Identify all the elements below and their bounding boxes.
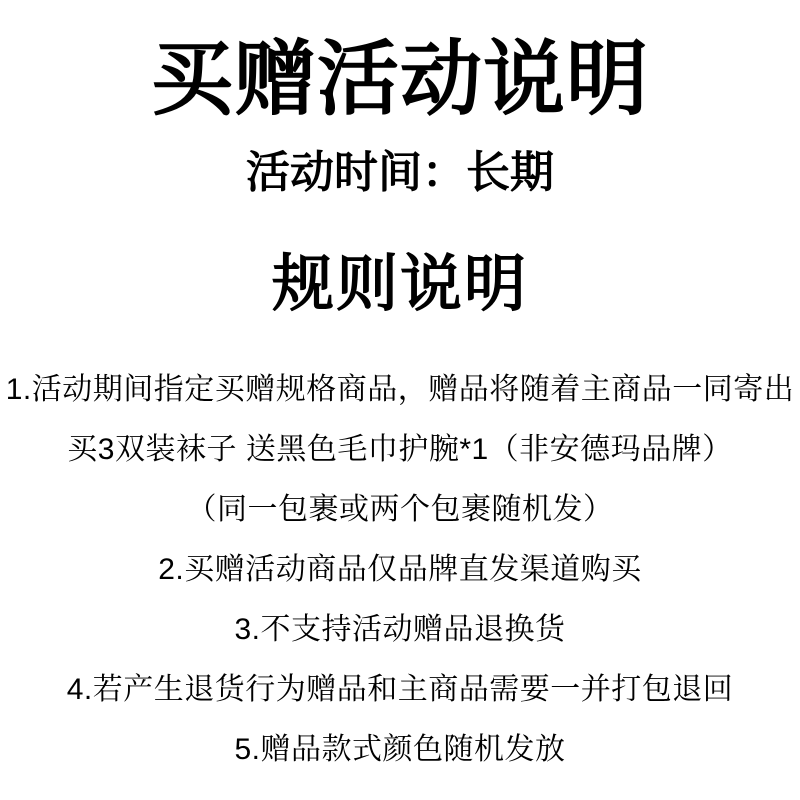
rule-line: 1.活动期间指定买赠规格商品，赠品将随着主商品一同寄出 bbox=[0, 360, 800, 420]
page-title: 买赠活动说明 bbox=[0, 30, 800, 130]
promo-page: 买赠活动说明 活动时间：长期 规则说明 1.活动期间指定买赠规格商品，赠品将随着… bbox=[0, 0, 800, 800]
rule-line: 5.赠品款式颜色随机发放 bbox=[0, 720, 800, 780]
rule-line: 买3双装袜子 送黑色毛巾护腕*1（非安德玛品牌） bbox=[0, 420, 800, 480]
activity-time-label: 活动时间：长期 bbox=[0, 148, 800, 198]
rule-line: 2.买赠活动商品仅品牌直发渠道购买 bbox=[0, 540, 800, 600]
rule-line: 4.若产生退货行为赠品和主商品需要一并打包退回 bbox=[0, 660, 800, 720]
rules-heading: 规则说明 bbox=[0, 247, 800, 322]
rules-list: 1.活动期间指定买赠规格商品，赠品将随着主商品一同寄出 买3双装袜子 送黑色毛巾… bbox=[0, 360, 800, 780]
rule-line: （同一包裹或两个包裹随机发） bbox=[0, 480, 800, 540]
rule-line: 3.不支持活动赠品退换货 bbox=[0, 600, 800, 660]
